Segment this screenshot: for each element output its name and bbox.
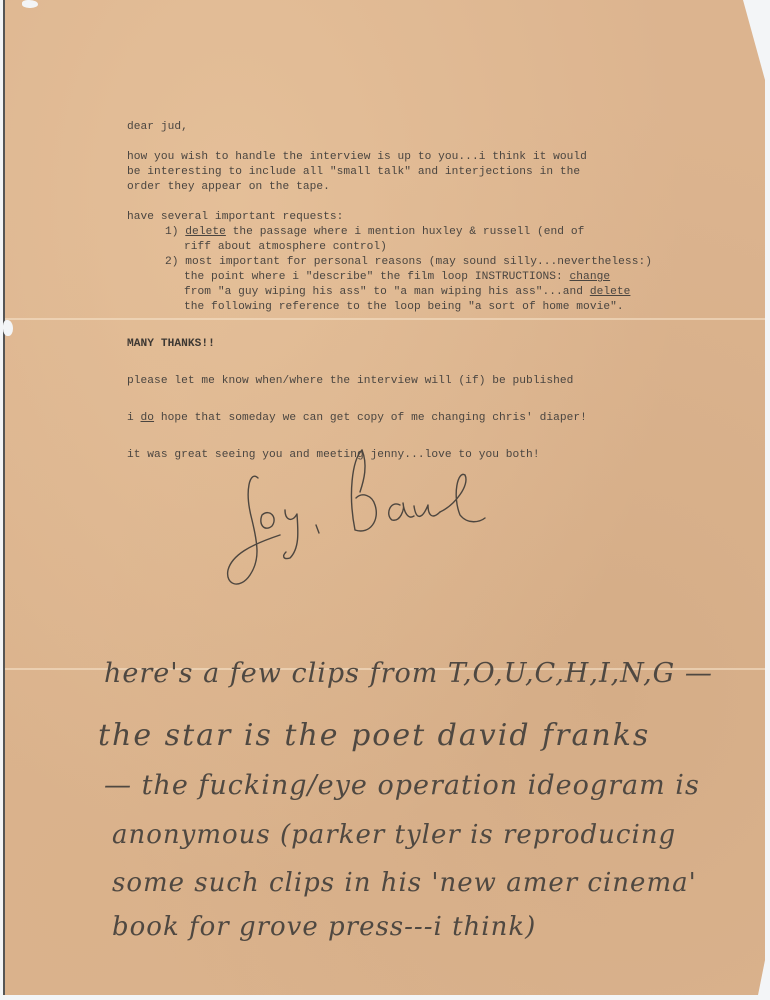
request-2: 2) most important for personal reasons (…	[127, 255, 727, 270]
postscript-line: some such clips in his 'new amer cinema'	[112, 868, 697, 898]
emphasis-delete: delete	[185, 226, 226, 238]
postscript-line: here's a few clips from T,O,U,C,H,I,N,G …	[104, 658, 713, 689]
request-1-cont: riff about atmosphere control)	[127, 240, 727, 255]
publish-line: please let me know when/where the interv…	[127, 374, 727, 389]
postscript-line: — the fucking/eye operation ideogram is	[104, 770, 700, 801]
hope-text: i	[127, 412, 141, 424]
paragraph-line: order they appear on the tape.	[127, 180, 727, 195]
postscript-line: book for grove press---i think)	[112, 912, 536, 942]
closing-line: it was great seeing you and meeting jenn…	[127, 448, 727, 463]
emphasis-do: do	[141, 412, 155, 424]
request-text: most important for personal reasons (may…	[185, 256, 652, 268]
postscript-line: the star is the poet david franks	[98, 718, 650, 753]
many-thanks: MANY THANKS!!	[127, 337, 727, 352]
emphasis-delete: delete	[590, 286, 631, 298]
request-number: 1)	[165, 226, 179, 238]
request-text: the point where i "describe" the film lo…	[184, 271, 570, 283]
request-number: 2)	[165, 256, 179, 268]
hope-text: hope that someday we can get copy of me …	[154, 412, 587, 424]
hope-line: i do hope that someday we can get copy o…	[127, 411, 727, 426]
torn-edge	[22, 0, 38, 8]
salutation: dear jud,	[127, 120, 727, 135]
torn-edge	[3, 320, 13, 336]
typed-letter-body: dear jud, how you wish to handle the int…	[127, 120, 727, 463]
postscript-line: anonymous (parker tyler is reproducing	[112, 820, 676, 850]
request-2-cont: from "a guy wiping his ass" to "a man wi…	[127, 285, 727, 300]
request-1: 1) delete the passage where i mention hu…	[127, 225, 727, 240]
request-2-cont: the point where i "describe" the film lo…	[127, 270, 727, 285]
requests-intro: have several important requests:	[127, 210, 727, 225]
paragraph-line: be interesting to include all "small tal…	[127, 165, 727, 180]
paragraph-line: how you wish to handle the interview is …	[127, 150, 727, 165]
emphasis-change: change	[570, 271, 611, 283]
request-text: from "a guy wiping his ass" to "a man wi…	[184, 286, 590, 298]
request-text: the passage where i mention huxley & rus…	[226, 226, 584, 238]
request-2-cont: the following reference to the loop bein…	[127, 300, 727, 315]
